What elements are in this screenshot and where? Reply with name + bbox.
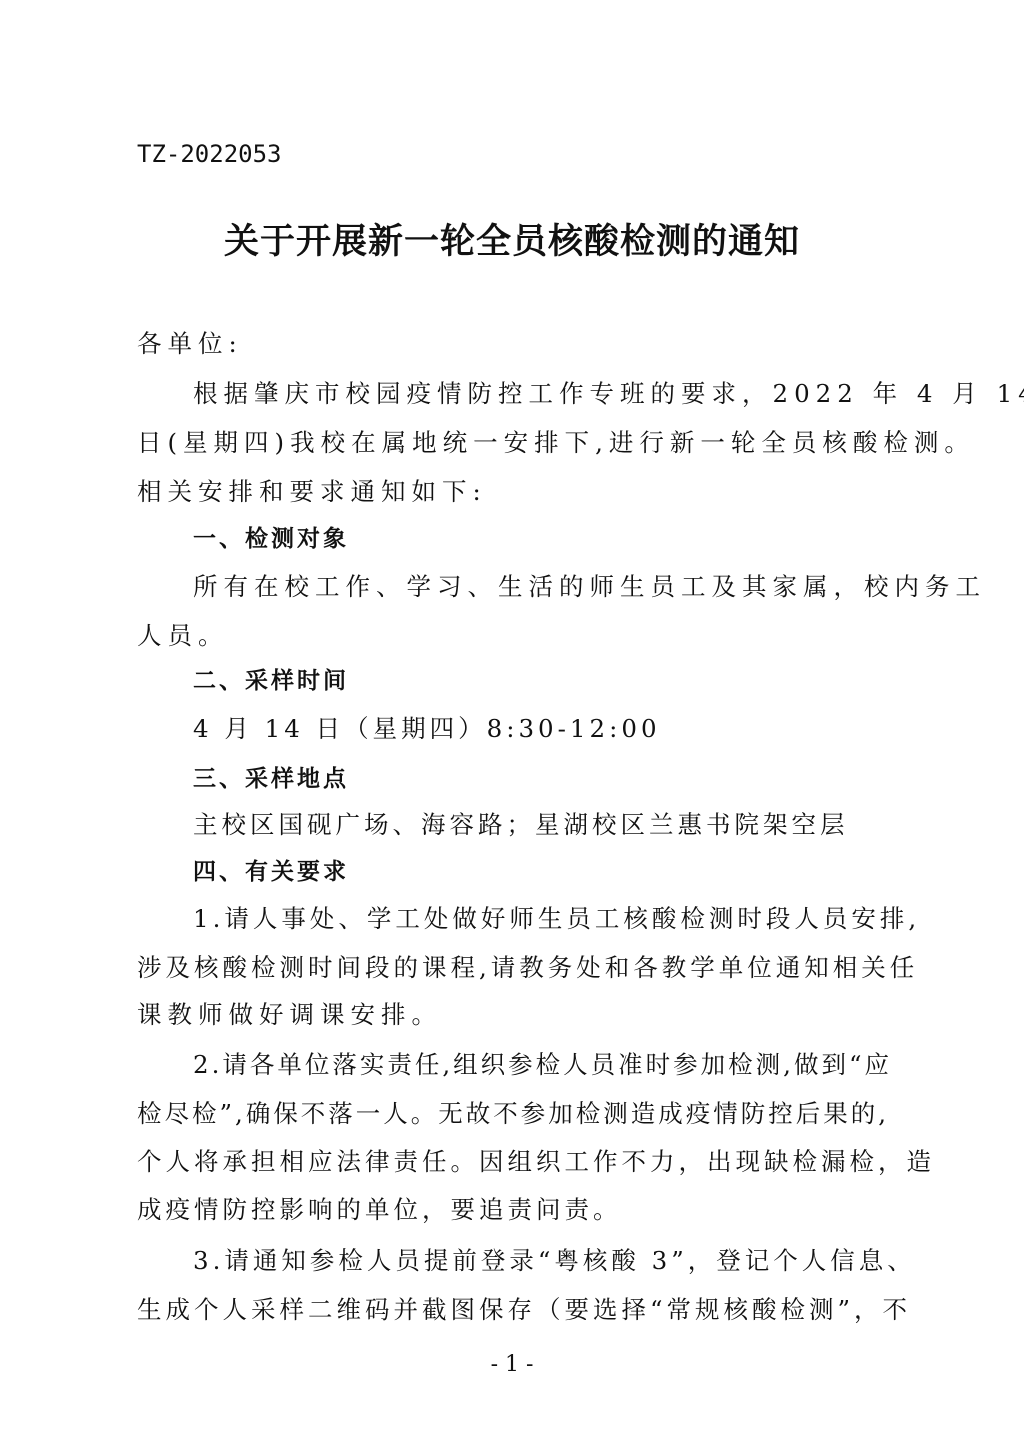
req-line-8: 3.请通知参检人员提前登录“粤核酸 3”，登记个人信息、 (193, 1242, 916, 1277)
intro-line-3: 相关安排和要求通知如下: (137, 473, 487, 508)
req-line-6: 个人将承担相应法律责任。因组织工作不力，出现缺检漏检，造 (137, 1143, 935, 1178)
intro-line-1: 根据肇庆市校园疫情防控工作专班的要求，2022 年 4 月 14 (193, 375, 1024, 410)
req-line-1: 1.请人事处、学工处做好师生员工核酸检测时段人员安排, (193, 900, 920, 935)
section-heading-3: 三、采样地点 (193, 760, 349, 793)
intro-line-2: 日(星期四)我校在属地统一安排下,进行新一轮全员核酸检测。 (137, 424, 975, 459)
section-1-line-1: 所有在校工作、学习、生活的师生员工及其家属，校内务工 (193, 568, 986, 603)
section-1-line-2: 人员。 (137, 617, 229, 652)
req-line-7: 成疫情防控影响的单位，要追责问责。 (137, 1191, 622, 1226)
salutation: 各单位: (137, 325, 243, 360)
page-title: 关于开展新一轮全员核酸检测的通知 (0, 214, 1024, 264)
req-line-2: 涉及核酸检测时间段的课程,请教务处和各教学单位通知相关任 (137, 949, 918, 984)
req-line-5: 检尽检”,确保不落一人。无故不参加检测造成疫情防控后果的, (137, 1095, 889, 1130)
section-3-line-1: 主校区国砚广场、海容路；星湖校区兰惠书院架空层 (193, 806, 849, 841)
section-heading-1: 一、检测对象 (193, 520, 349, 553)
req-line-3: 课教师做好调课安排。 (137, 996, 442, 1031)
req-line-9: 生成个人采样二维码并截图保存（要选择“常规核酸检测”，不 (137, 1291, 911, 1326)
doc-number: TZ-2022053 (137, 140, 282, 168)
section-2-line-1: 4 月 14 日（星期四）8:30-12:00 (193, 710, 661, 745)
section-heading-2: 二、采样时间 (193, 662, 349, 695)
page-number: - 1 - (0, 1352, 1024, 1377)
section-heading-4: 四、有关要求 (193, 853, 349, 886)
req-line-4: 2.请各单位落实责任,组织参检人员准时参加检测,做到“应 (193, 1046, 892, 1081)
